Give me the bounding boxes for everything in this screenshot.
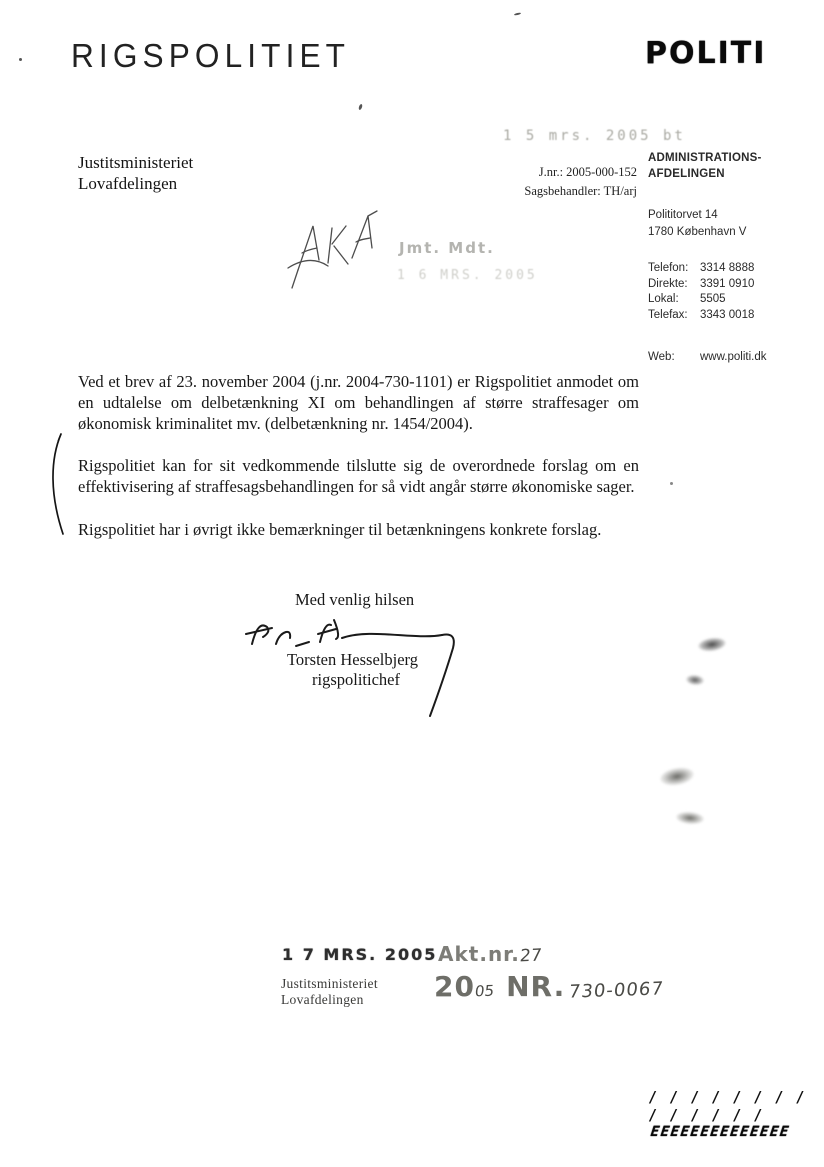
contact-row: Lokal: 5505 xyxy=(648,293,798,305)
web-label: Web: xyxy=(648,351,700,363)
year-stamp: 20 xyxy=(434,970,475,1003)
politi-logo: POLITI xyxy=(645,36,766,71)
ink-smudge xyxy=(697,636,727,653)
letter-body: Ved et brev af 23. november 2004 (j.nr. … xyxy=(78,371,639,561)
contact-row: Direkte: 3391 0910 xyxy=(648,278,798,290)
address-street: Polititorvet 14 xyxy=(648,207,798,224)
journal-number: J.nr.: 2005-000-152 xyxy=(430,163,637,182)
contact-label: Telefax: xyxy=(648,309,700,321)
address-city: 1780 København V xyxy=(648,224,798,241)
margin-pen-stroke xyxy=(44,430,70,540)
fax-artifact-slash-row: / / / / / / / / / / / / / / xyxy=(648,1088,824,1124)
contact-row: Telefax: 3343 0018 xyxy=(648,309,798,321)
contact-row: Telefon: 3314 8888 xyxy=(648,262,798,274)
signer-name: Torsten Hesselbjerg xyxy=(287,650,418,670)
recipient-line1: Justitsministeriet xyxy=(78,152,193,173)
nr-stamp-label: NR. xyxy=(506,970,565,1003)
received-stamp-line1: Jmt. Mdt. xyxy=(399,239,495,257)
scan-speck xyxy=(358,104,363,111)
paragraph-3: Rigspolitiet har i øvrigt ikke bemærknin… xyxy=(78,519,639,540)
case-info-block: J.nr.: 2005-000-152 Sagsbehandler: TH/ar… xyxy=(430,163,637,201)
salutation: Med venlig hilsen xyxy=(295,590,414,610)
contact-value: 5505 xyxy=(700,293,726,305)
handwritten-initials-scribble xyxy=(280,208,410,293)
ministry-org-line1: Justitsministeriet xyxy=(281,976,378,992)
ministry-date-stamp: 1 7 MRS. 2005 xyxy=(282,945,437,964)
akt-nr-stamp-row: Akt.nr.27 xyxy=(438,942,541,966)
paragraph-2: Rigspolitiet kan for sit vedkommende til… xyxy=(78,455,639,497)
signer-title: rigspolitichef xyxy=(312,670,400,690)
paragraph-1: Ved et brev af 23. november 2004 (j.nr. … xyxy=(78,371,639,434)
akt-nr-handwritten: 27 xyxy=(519,946,543,967)
department-column: ADMINISTRATIONS- AFDELINGEN Polititorvet… xyxy=(648,151,798,366)
scan-speck xyxy=(514,12,521,15)
recipient-line2: Lovafdelingen xyxy=(78,173,193,194)
scanned-letter-page: RIGSPOLITIET POLITI 1 5 mrs. 2005 bt Jus… xyxy=(0,0,824,1167)
contact-label: Lokal: xyxy=(648,293,700,305)
fax-artifact-marks: / / / / / / / / / / / / / / EEEEEEEEEEEE… xyxy=(648,1088,824,1140)
received-stamp-line2: 1 6 MRS. 2005 xyxy=(397,268,538,283)
ink-smudge xyxy=(676,811,705,825)
case-handler: Sagsbehandler: TH/arj xyxy=(430,182,637,201)
faint-date-stamp: 1 5 mrs. 2005 bt xyxy=(503,128,686,144)
ink-smudge xyxy=(686,674,705,686)
department-name-line1: ADMINISTRATIONS- xyxy=(648,151,798,167)
rigspolitiet-wordmark: RIGSPOLITIET xyxy=(71,37,350,76)
year-handwritten: 05 xyxy=(474,982,495,1001)
contact-label: Direkte: xyxy=(648,278,700,290)
contact-value: 3314 8888 xyxy=(700,262,754,274)
scan-speck xyxy=(670,482,673,485)
contact-value: 3391 0910 xyxy=(700,278,754,290)
nr-handwritten: 730-0067 xyxy=(568,978,665,1002)
journal-nr-stamp-row: 2005 NR.730-0067 xyxy=(434,970,664,1003)
ministry-org-stamp: Justitsministeriet Lovafdelingen xyxy=(281,976,378,1008)
recipient-block: Justitsministeriet Lovafdelingen xyxy=(78,152,193,195)
fax-artifact-block-row: EEEEEEEEEEEEEE xyxy=(648,1124,824,1140)
scan-speck xyxy=(19,58,22,61)
akt-nr-stamp-label: Akt.nr. xyxy=(438,942,520,966)
department-name-line2: AFDELINGEN xyxy=(648,167,798,183)
contact-label: Telefon: xyxy=(648,262,700,274)
ministry-org-line2: Lovafdelingen xyxy=(281,992,378,1008)
web-value: www.politi.dk xyxy=(700,351,766,363)
web-row: Web: www.politi.dk xyxy=(648,351,798,363)
ink-smudge xyxy=(659,765,695,788)
contact-value: 3343 0018 xyxy=(700,309,754,321)
